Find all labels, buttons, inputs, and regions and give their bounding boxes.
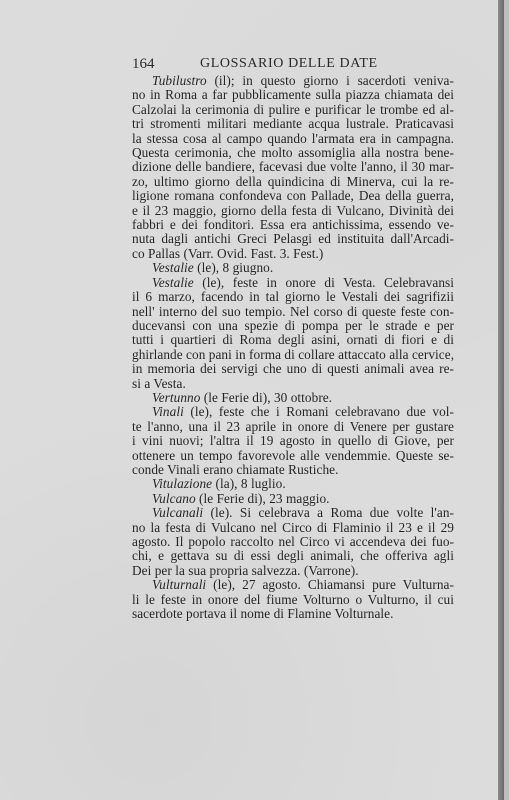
glossary-entry-vestalie: Vestalie (le), feste in onore di Vesta. … xyxy=(132,276,454,391)
entry-term: Tubilustro xyxy=(152,73,207,88)
running-title: GLOSSARIO DELLE DATE xyxy=(200,56,378,72)
entry-term: Vulcano xyxy=(152,491,196,506)
entry-term: Vitulazione xyxy=(152,476,212,491)
page-edge xyxy=(504,0,509,800)
book-page: 164 GLOSSARIO DELLE DATE Tubilustro (il)… xyxy=(0,0,498,800)
glossary-entry-vitulazione: Vitulazione (la), 8 luglio. xyxy=(132,477,454,491)
glossary-entry-vestalie-date: Vestalie (le), 8 giugno. xyxy=(132,261,454,275)
glossary-entry-vulcano: Vulcano (le Ferie di), 23 maggio. xyxy=(132,492,454,506)
entry-term: Vertunno xyxy=(152,390,200,405)
entry-term: Vestalie xyxy=(152,275,194,290)
running-head: 164 GLOSSARIO DELLE DATE xyxy=(132,56,452,74)
entry-term: Vinali xyxy=(152,404,184,419)
entry-term: Vestalie xyxy=(152,260,194,275)
glossary-entry-vertunno: Vertunno (le Ferie di), 30 ottobre. xyxy=(132,391,454,405)
entry-term: Vulturnali xyxy=(152,577,206,592)
glossary-entry-tubilustro: Tubilustro (il); in questo giorno i sace… xyxy=(132,74,454,261)
glossary-entry-vulturnali: Vulturnali (le), 27 agosto. Chiamansi pu… xyxy=(132,578,454,621)
entry-term: Vulcanali xyxy=(152,505,203,520)
glossary-text: Tubilustro (il); in questo giorno i sace… xyxy=(132,74,454,621)
glossary-entry-vinali: Vinali (le), feste che i Romani celebrav… xyxy=(132,405,454,477)
glossary-entry-vulcanali: Vulcanali (le). Si celebrava a Roma due … xyxy=(132,506,454,578)
page-number: 164 xyxy=(132,56,155,73)
